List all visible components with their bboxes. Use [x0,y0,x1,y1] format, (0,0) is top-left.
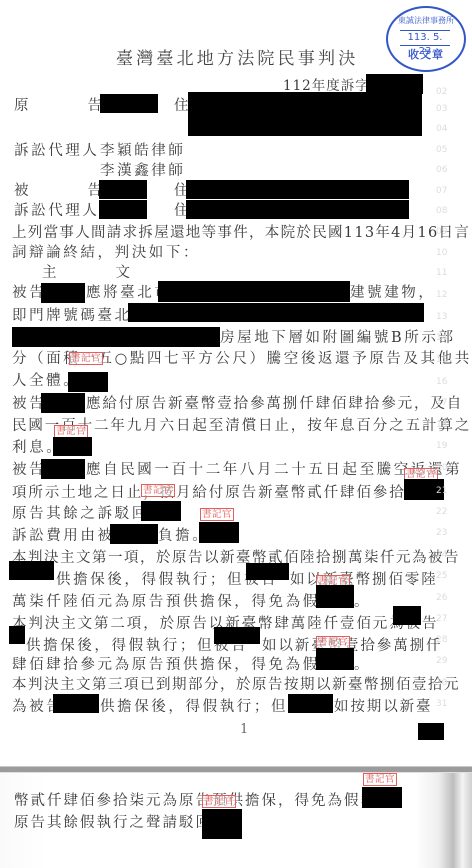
line-number: 21 [436,486,447,496]
line-number: 10 [436,248,447,258]
redaction-page-footer [418,723,444,740]
item1-line-c: 房屋地下層如附圖編號B所示部 [220,329,456,347]
item2-line-a: 應給付原告新臺幣壹拾參萬捌仟肆佰肆拾參元，及自 [86,395,463,413]
redaction-defendant-address [186,180,409,199]
section-heading-main-text: 主 文 [42,264,140,282]
item3-line-b: 項所示土地之日止，按月給付原告新臺幣貳仟肆佰參拾柒元。 [12,484,455,502]
line-number: 27 [436,614,447,624]
redaction-defendant-name [214,627,260,644]
court-title: 臺灣臺北地方法院民事判決 [116,50,358,68]
line-number: 14 [436,333,447,343]
redaction-defendant-name [53,694,99,713]
redaction-initials [53,437,92,456]
redaction-initials [316,585,354,608]
line-number: 19 [436,441,447,451]
line-number: 17 [436,398,447,408]
clerk-seal: 書記官 [202,795,236,808]
redaction-defendant-name [393,606,421,625]
plaintiff-counsel-1: 李穎皓律師 [100,142,186,160]
stamp-label: 收文章 [388,46,464,62]
line-number: 22 [436,507,447,517]
judgment-page-1: 東誠法律事務所 113. 5. 23 收文章 臺灣臺北地方法院民事判決 112年… [0,0,472,766]
redaction-defendant-name [41,459,85,479]
redaction-initials [141,501,181,521]
line-number: 13 [436,312,447,322]
clerk-seal: 書記官 [69,352,103,365]
item8-line-a: 本判決主文第三項已到期部分，於原告按期以新臺幣捌佰壹拾元 [12,676,460,694]
page2-line-2: 原告其餘假執行之聲請駁回。 [14,814,229,832]
line-number: 09 [436,227,447,237]
line-number: 31 [436,699,447,709]
line-number: 26 [436,593,447,603]
line-number: 24 [436,550,447,560]
item6-line-b-mid: 供擔保後，得假執行；但被告 [56,571,278,589]
redaction-building-number [158,281,350,302]
judgment-page-2: 書記官 幣貳仟肆佰參拾柒元為原告預供擔保，得免為假執行。 書記官 原告其餘假執行… [0,773,472,868]
line-number: 25 [436,571,447,581]
line-number: 18 [436,420,447,430]
line-number: 05 [436,145,447,155]
line-number: 06 [436,165,447,175]
line-number: 15 [436,355,447,365]
redaction-initials [362,787,402,808]
plaintiff-counsel-label: 訴訟代理人 [14,142,100,160]
stamp-date: 113. 5. 23 [400,30,450,46]
plaintiff-counsel-2: 李漢鑫律師 [100,162,186,180]
stamp-firm-name: 東誠法律事務所 [388,15,464,26]
defendant-label: 被 告 [14,182,112,200]
redaction-defendant-counsel-name [99,200,147,219]
defendant-counsel-label: 訴訟代理人 [14,202,100,220]
clerk-seal: 書記官 [363,773,397,786]
redaction-case-number [366,74,423,94]
item6-line-a: 本判決主文第一項，於原告以新臺幣貳佰陸拾捌萬柒仟元為被告 [12,549,460,567]
redaction-defendant-name [110,524,158,544]
redaction-initials [68,372,108,392]
intro-line-1: 上列當事人間請求拆屋還地等事件，本院於民國113年4月16日言 [12,224,470,242]
redaction-house-address [128,303,424,322]
line-number: 23 [436,528,447,538]
line-number: 30 [436,678,447,688]
redaction-defendant-name [41,393,85,413]
intro-line-2: 詞辯論終結，判決如下： [12,244,200,262]
page-number: 1 [240,722,248,737]
clerk-seal: 書記官 [200,508,234,521]
line-number: 04 [436,124,447,134]
line-number: 02 [436,87,447,97]
item8-line-b-post: 如按期以新臺 [334,698,432,716]
line-number: 11 [436,268,447,278]
plaintiff-label: 原 告 [14,97,112,115]
line-number: 08 [436,206,447,216]
line-number: 12 [436,290,447,300]
received-stamp: 東誠法律事務所 113. 5. 23 收文章 [386,6,466,72]
redaction-house-address-cont [12,327,220,347]
redaction-plaintiff-name [100,94,158,113]
redaction-defendant-name [246,563,289,580]
redaction-initials [316,648,354,670]
line-number: 03 [436,104,447,114]
clerk-seal: 書記官 [141,484,175,497]
line-number: 16 [436,377,447,387]
line-number: 20 [436,463,447,473]
line-number: 29 [436,656,447,666]
redaction-initials [202,809,242,839]
redaction-plaintiff-address [188,92,422,136]
redaction-defendant-name [99,180,147,199]
redaction-defendant-name [288,694,333,713]
redaction-defendant-name [9,561,54,580]
item1-line-a-post: 建號建物， [350,284,436,302]
line-number: 28 [436,635,447,645]
redaction-defendant-name-cont [9,626,25,644]
redaction-initials [199,522,239,543]
page-separator [0,766,472,773]
redaction-defendant-counsel-address [186,200,409,219]
line-number: 07 [436,186,447,196]
item6-line-b-post: 如以新臺幣捌佰零陸 [290,571,438,589]
redaction-defendant-name [41,283,85,303]
